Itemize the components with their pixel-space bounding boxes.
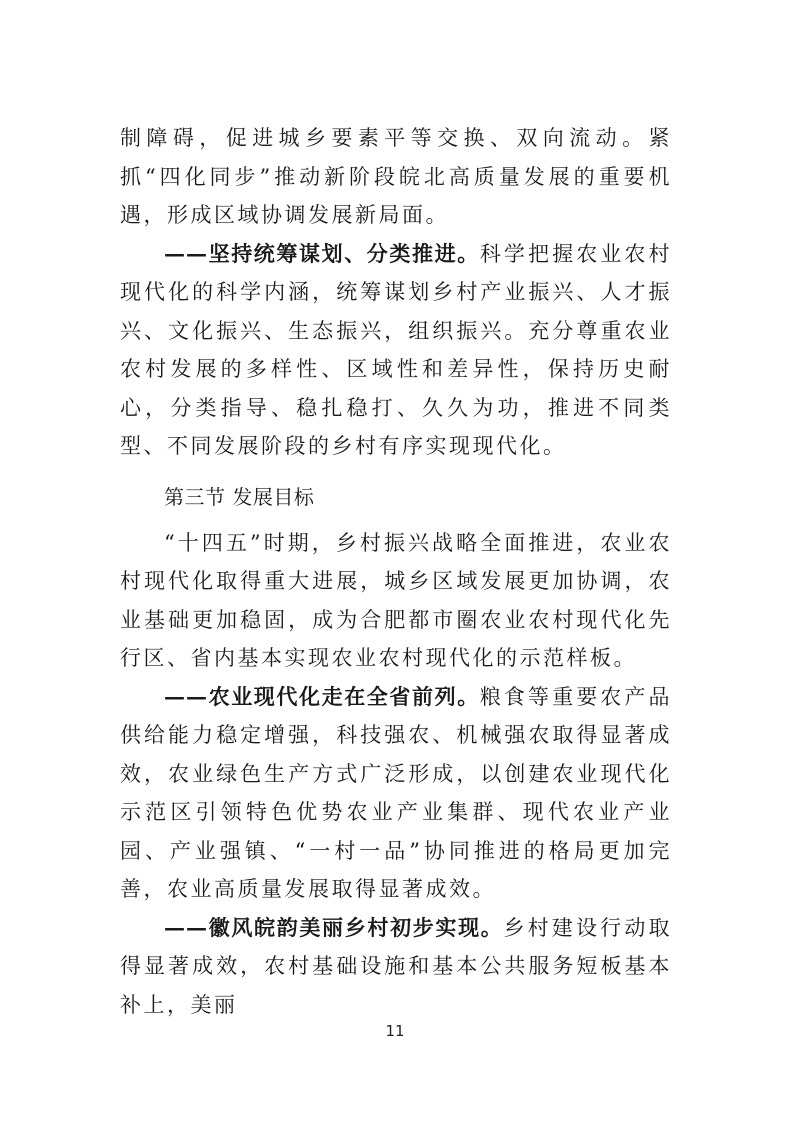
section-heading: 第三节 发展目标 [120, 478, 672, 516]
page-number: 11 [0, 1022, 790, 1040]
paragraph-goals-overview: “十四五”时期，乡村振兴战略全面推进，农业农村现代化取得重大进展，城乡区域发展更… [120, 524, 672, 678]
paragraph-goal-agri-modernization: ——农业现代化走在全省前列。粮食等重要农产品供给能力稳定增强，科技强农、机械强农… [120, 678, 672, 909]
paragraph-goal-beautiful-villages: ——徽风皖韵美丽乡村初步实现。乡村建设行动取得显著成效，农村基础设施和基本公共服… [120, 909, 672, 1025]
paragraph-lead-bold: ——农业现代化走在全省前列。 [164, 684, 480, 709]
paragraph-text: 科学把握农业农村现代化的科学内涵，统筹谋划乡村产业振兴、人才振兴、文化振兴、生态… [120, 242, 672, 459]
paragraph-lead-bold: ——坚持统筹谋划、分类推进。 [164, 241, 480, 266]
paragraph-text: 制障碍，促进城乡要素平等交换、双向流动。紧抓“四化同步”推动新阶段皖北高质量发展… [120, 126, 672, 227]
paragraph-lead-bold: ——徽风皖韵美丽乡村初步实现。 [164, 915, 503, 940]
document-page: 制障碍，促进城乡要素平等交换、双向流动。紧抓“四化同步”推动新阶段皖北高质量发展… [120, 119, 672, 1024]
paragraph-text: 粮食等重要农产品供给能力稳定增强，科技强农、机械强农取得显著成效，农业绿色生产方… [120, 685, 672, 902]
paragraph-continuation: 制障碍，促进城乡要素平等交换、双向流动。紧抓“四化同步”推动新阶段皖北高质量发展… [120, 119, 672, 235]
paragraph-principle-coordinated-planning: ——坚持统筹谋划、分类推进。科学把握农业农村现代化的科学内涵，统筹谋划乡村产业振… [120, 235, 672, 466]
paragraph-text: “十四五”时期，乡村振兴战略全面推进，农业农村现代化取得重大进展，城乡区域发展更… [120, 531, 672, 671]
